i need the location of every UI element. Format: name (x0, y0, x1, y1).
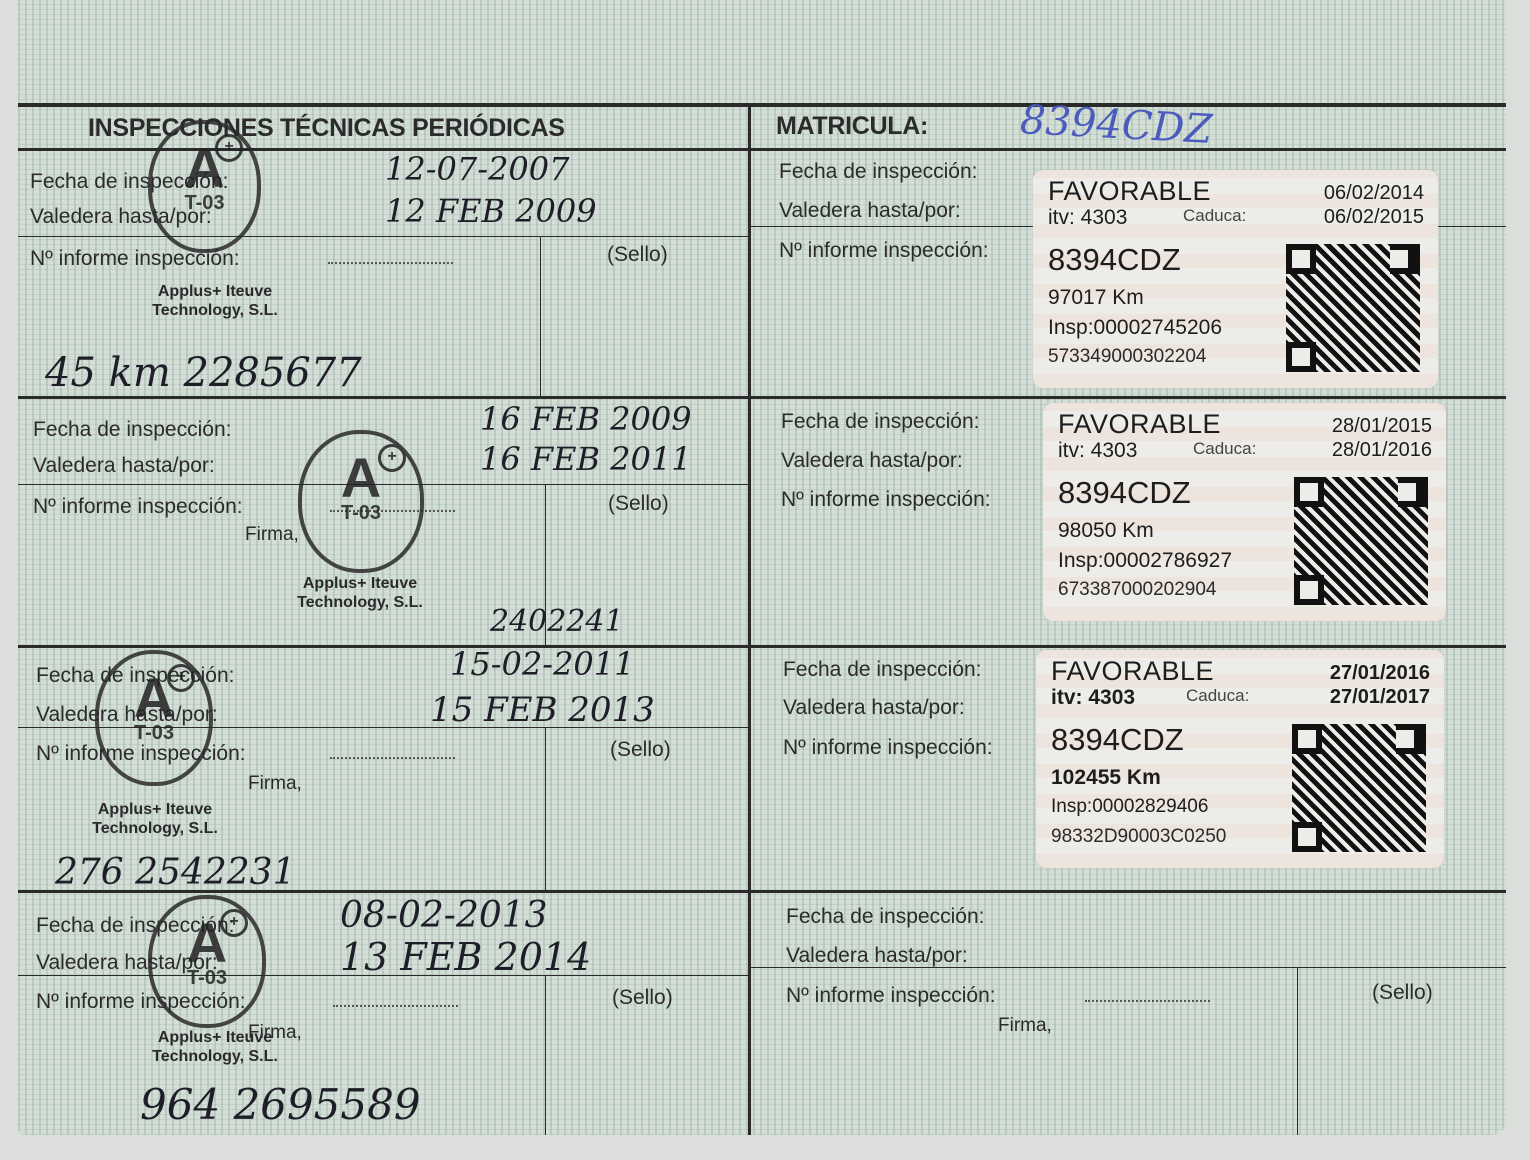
plus-circle-icon: + (167, 664, 195, 692)
firma-label: Firma, (248, 773, 302, 795)
sticker-code: 673387000202904 (1058, 579, 1217, 601)
valedera-handwritten: 16 FEB 2011 (480, 440, 692, 478)
qr-code-icon (1286, 244, 1420, 372)
divider (1297, 967, 1298, 1135)
stamp-company: Applus+ Iteuve Technology, S.L. (265, 574, 455, 612)
matricula-label: MATRICULA: (776, 112, 928, 141)
firma-label: Firma, (245, 524, 299, 546)
firma-label: Firma, (998, 1015, 1052, 1037)
handwritten-note: 276 2542231 (55, 852, 296, 893)
itv-stamp: + A T-03 (148, 895, 266, 1028)
informe-label: Nº informe inspección: (33, 495, 243, 519)
caduca-label: Caduca: (1183, 206, 1246, 226)
sello-label: (Sello) (612, 986, 673, 1010)
odometer: 102455 Km (1051, 766, 1161, 790)
fecha-handwritten: 08-02-2013 (340, 895, 548, 936)
valedera-label: Valedera hasta/por: (786, 944, 968, 968)
itv-station: itv: 4303 (1051, 686, 1135, 710)
divider (18, 645, 1506, 648)
result-status: FAVORABLE (1051, 656, 1214, 687)
fecha-label: Fecha de inspección: (781, 410, 979, 434)
divider (748, 105, 751, 1135)
informe-dotted-line (1085, 1000, 1210, 1002)
sticker-code: 573349000302204 (1048, 346, 1207, 368)
valedera-handwritten: 12 FEB 2009 (385, 192, 597, 230)
valedera-label: Valedera hasta/por: (783, 696, 965, 720)
handwritten-note: 2402241 (490, 604, 624, 639)
informe-label: Nº informe inspección: (786, 984, 996, 1008)
expiry-date: 28/01/2016 (1332, 439, 1432, 462)
divider (540, 236, 541, 396)
itv-sticker-2: FAVORABLE 28/01/2015 itv: 4303 Caduca: 2… (1043, 403, 1446, 621)
result-status: FAVORABLE (1058, 409, 1221, 440)
valedera-label: Valedera hasta/por: (781, 449, 963, 473)
odometer: 98050 Km (1058, 519, 1154, 543)
itv-stamp: + A T-03 (95, 650, 213, 786)
informe-dotted-line (328, 262, 453, 264)
result-status: FAVORABLE (1048, 176, 1211, 207)
inspection-date: 27/01/2016 (1330, 662, 1430, 685)
license-plate: 8394CDZ (1058, 475, 1191, 511)
plus-circle-icon: + (378, 444, 406, 472)
inspection-date: 06/02/2014 (1324, 182, 1424, 205)
itv-stamp: + A T-03 (298, 430, 424, 573)
stamp-company: Applus+ Iteuve Technology, S.L. (60, 800, 250, 838)
itv-station: itv: 4303 (1058, 439, 1137, 463)
inspection-number: Insp:00002829406 (1051, 796, 1208, 818)
expiry-date: 06/02/2015 (1324, 206, 1424, 229)
qr-code-icon (1294, 477, 1428, 605)
divider (545, 727, 546, 890)
fecha-label: Fecha de inspección: (779, 160, 977, 184)
valedera-handwritten: 13 FEB 2014 (340, 935, 591, 979)
inspection-number: Insp:00002745206 (1048, 316, 1222, 340)
informe-label: Nº informe inspección: (779, 239, 989, 263)
expiry-date: 27/01/2017 (1330, 686, 1430, 709)
handwritten-note: 964 2695589 (140, 1080, 421, 1129)
informe-label: Nº informe inspección: (781, 488, 991, 512)
informe-dotted-line (330, 757, 455, 759)
stamp-company: Applus+ Iteuve Technology, S.L. (120, 1028, 310, 1066)
itv-sticker-3: FAVORABLE 27/01/2016 itv: 4303 Caduca: 2… (1036, 650, 1444, 868)
valedera-handwritten: 15 FEB 2013 (430, 690, 655, 730)
inspection-number: Insp:00002786927 (1058, 549, 1232, 573)
handwritten-note: 45 km 2285677 (45, 350, 362, 396)
fecha-label: Fecha de inspección: (783, 658, 981, 682)
fecha-handwritten: 15-02-2011 (450, 645, 635, 683)
sello-label: (Sello) (610, 738, 671, 762)
sticker-code: 98332D90003C0250 (1051, 826, 1226, 848)
divider (18, 396, 1506, 399)
divider (18, 236, 748, 237)
valedera-label: Valedera hasta/por: (33, 454, 215, 478)
fecha-label: Fecha de inspección: (33, 418, 231, 442)
license-plate: 8394CDZ (1048, 242, 1181, 278)
divider (18, 103, 1506, 107)
informe-label: Nº informe inspección: (783, 736, 993, 760)
license-plate: 8394CDZ (1051, 722, 1184, 758)
qr-code-icon (1292, 724, 1426, 852)
sello-label: (Sello) (608, 492, 669, 516)
plus-circle-icon: + (220, 909, 248, 937)
fecha-label: Fecha de inspección: (786, 905, 984, 929)
itv-stamp: + A T-03 (148, 120, 261, 253)
inspection-date: 28/01/2015 (1332, 415, 1432, 438)
divider (545, 975, 546, 1135)
informe-dotted-line (333, 1005, 458, 1007)
odometer: 97017 Km (1048, 286, 1144, 310)
fecha-handwritten: 16 FEB 2009 (480, 400, 692, 438)
stamp-company: Applus+ Iteuve Technology, S.L. (120, 282, 310, 320)
sello-label: (Sello) (1372, 981, 1433, 1005)
itv-station: itv: 4303 (1048, 206, 1127, 230)
caduca-label: Caduca: (1193, 439, 1256, 459)
itv-sticker-1: FAVORABLE 06/02/2014 itv: 4303 Caduca: 0… (1033, 170, 1438, 388)
valedera-label: Valedera hasta/por: (779, 199, 961, 223)
fecha-handwritten: 12-07-2007 (385, 150, 570, 188)
sello-label: (Sello) (607, 243, 668, 267)
plus-circle-icon: + (215, 134, 243, 162)
caduca-label: Caduca: (1186, 686, 1249, 706)
